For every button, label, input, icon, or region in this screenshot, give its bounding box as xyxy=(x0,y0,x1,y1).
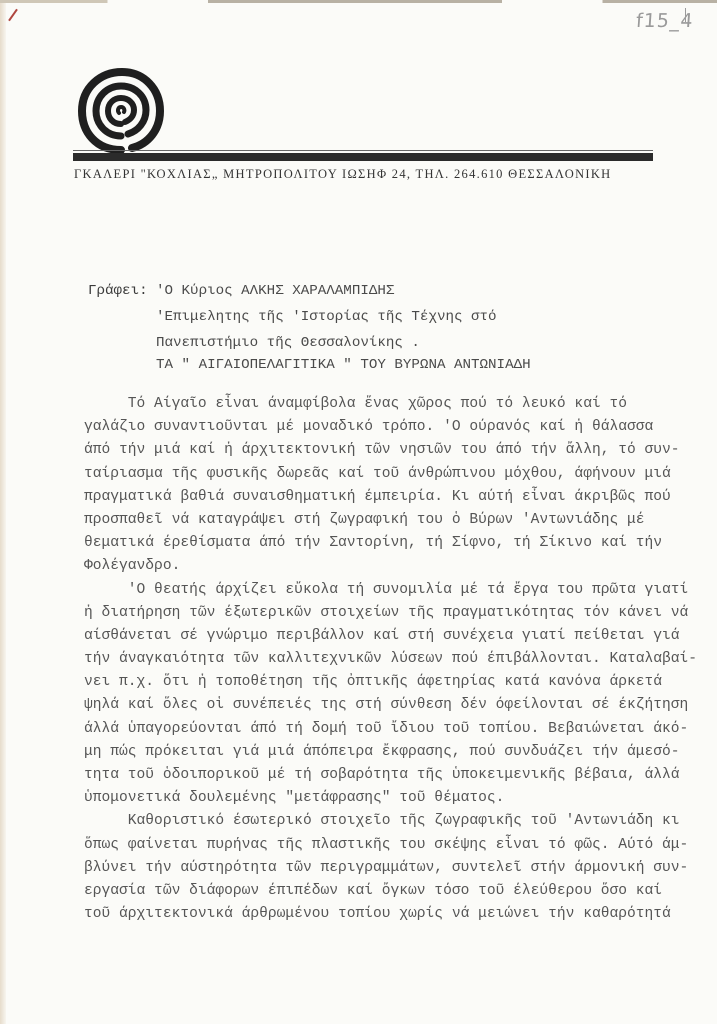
byline-row: Γράφει: 'Ο Κύριος ΑΛΚΗΣ ΧΑΡΑΛΑΜΠΙΔΗΣ xyxy=(88,278,497,304)
author-title: 'Επιμελητης τῆς 'Ιστορίας τῆς Τέχνης στό xyxy=(156,304,497,330)
handwritten-tick xyxy=(685,8,686,22)
body-line: άλλά ὑπαγορεύονται άπό τή δομή τοῦ ἴδιου… xyxy=(84,718,684,741)
byline-label: Γράφει: xyxy=(88,278,156,304)
body-line: εργασία τῶν διάφορων έπιπέδων καί ὄγκων … xyxy=(84,880,684,903)
body-line: ψηλά καί ὅλες οἱ συνέπειές της στή σύνθε… xyxy=(84,694,684,717)
body-line: ταίριασμα τῆς φυσικῆς δωρεᾶς καί τοῦ άνθ… xyxy=(84,463,684,486)
body-line: βλύνει τήν αύστηρότητα τῶν περιγραμμάτων… xyxy=(84,857,684,880)
author-institution: Πανεπιστήμιο τῆς Θεσσαλονίκης . xyxy=(156,330,420,356)
body-line: τοῦ άρχιτεκτονικά άρθρωμένου τοπίου χωρί… xyxy=(84,903,684,926)
spiral-logo-icon xyxy=(74,64,168,158)
red-pen-mark xyxy=(8,9,18,22)
letterhead-thin-rule xyxy=(73,150,653,151)
body-line: ὅπως φαίνεται πυρήνας τῆς πλαστικῆς του … xyxy=(84,834,684,857)
author-name: 'Ο Κύριος ΑΛΚΗΣ ΧΑΡΑΛΑΜΠΙΔΗΣ xyxy=(156,278,394,304)
body-line: προσπαθεῖ νά καταγράψει στή ζωγραφική το… xyxy=(84,509,684,532)
body-line: ὑπομονετικά δουλεμένης "μετάφρασης" τοῦ … xyxy=(84,787,684,810)
body-line: 'Ο θεατής άρχίζει εὔκολα τή συνομιλία μέ… xyxy=(84,579,684,602)
body-line: αίσθάνεται σέ γνώριμο περιβάλλον καί στή… xyxy=(84,625,684,648)
body-line: τητα τοῦ ὁδοιπορικοῦ μέ τή σοβαρότητα τῆ… xyxy=(84,764,684,787)
body-line: Καθοριστικό έσωτερικό στοιχεῖο τῆς ζωγρα… xyxy=(84,810,684,833)
page-top-edge xyxy=(0,0,717,3)
gallery-address: ΓΚΑΛΕΡΙ "ΚΟΧΛΙΑΣ„ ΜΗΤΡΟΠΟΛΙΤΟΥ ΙΩΣΗΦ 24,… xyxy=(74,167,654,182)
body-line: θεματικά έρεθίσματα άπό τήν Σαντορίνη, τ… xyxy=(84,532,684,555)
byline-row: Πανεπιστήμιο τῆς Θεσσαλονίκης . xyxy=(88,330,497,356)
byline-row: 'Επιμελητης τῆς 'Ιστορίας τῆς Τέχνης στό xyxy=(88,304,497,330)
body-line: μη πώς πρόκειται γιά μιά άπόπειρα ἔκφρασ… xyxy=(84,741,684,764)
article-body: Τό Αίγαῖο εἶναι άναμφίβολα ἕνας χῶρος πο… xyxy=(84,393,684,926)
body-line: άπό τήν μιά καί ἡ άρχιτεκτονική τῶν νησι… xyxy=(84,439,684,462)
page-edge xyxy=(0,0,6,1024)
article-title: ΤΑ " ΑΙΓΑΙΟΠΕΛΑΓΙΤΙΚΑ " ΤΟΥ ΒΥΡΩΝΑ ΑΝΤΩΝ… xyxy=(156,357,531,373)
body-line: ἡ διατήρηση τῶν έξωτερικῶν στοιχείων τῆς… xyxy=(84,602,684,625)
body-line: πραγματικά βαθιά συναισθηματική έμπειρία… xyxy=(84,486,684,509)
body-line: τήν άναγκαιότητα τῶν καλλιτεχνικῶν λύσεω… xyxy=(84,648,684,671)
letterhead-rule xyxy=(73,153,653,161)
body-line: νει π.χ. ὅτι ἡ τοποθέτηση τῆς ὀπτικῆς άφ… xyxy=(84,671,684,694)
body-line: Φολέγανδρο. xyxy=(84,555,684,578)
body-line: γαλάζιο συναντιοῦνται μέ μοναδικό τρόπο.… xyxy=(84,416,684,439)
body-line: Τό Αίγαῖο εἶναι άναμφίβολα ἕνας χῶρος πο… xyxy=(84,393,684,416)
byline: Γράφει: 'Ο Κύριος ΑΛΚΗΣ ΧΑΡΑΛΑΜΠΙΔΗΣ 'Επ… xyxy=(88,278,497,356)
